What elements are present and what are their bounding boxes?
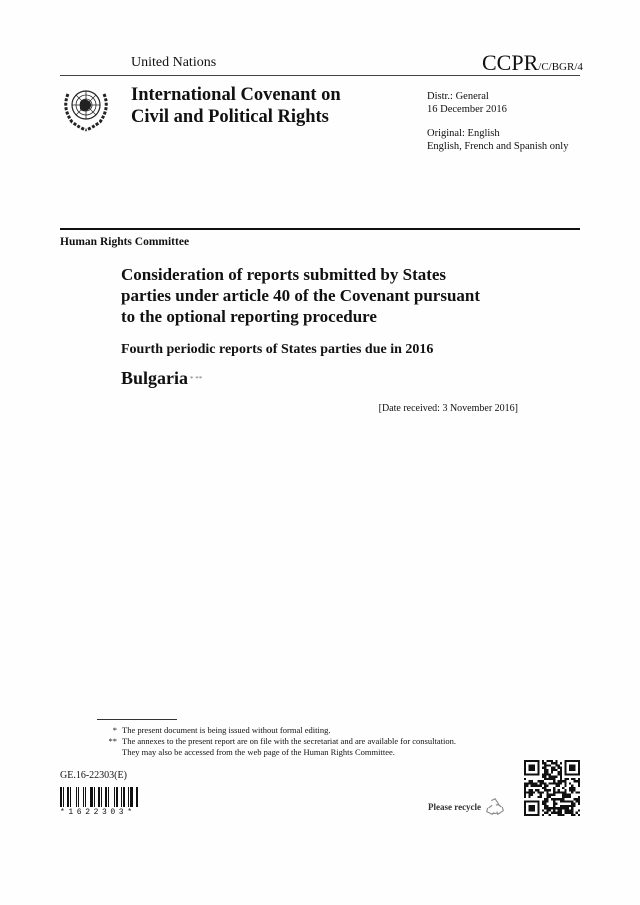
document-title: Consideration of reports submitted by St…	[121, 264, 541, 327]
footnote: They may also be accessed from the web p…	[95, 747, 525, 758]
committee-name: Human Rights Committee	[60, 236, 189, 248]
qr-code-icon[interactable]	[524, 760, 580, 816]
footnote-rule	[97, 719, 177, 720]
footnote: **The annexes to the present report are …	[95, 736, 525, 747]
recycle-notice: Please recycle	[428, 796, 506, 818]
document-subtitle: Fourth periodic reports of States partie…	[121, 342, 433, 358]
recycle-icon	[484, 796, 506, 818]
title-line1: Consideration of reports submitted by St…	[121, 264, 541, 285]
footnote-text: They may also be accessed from the web p…	[122, 747, 395, 758]
footnote-text: The present document is being issued wit…	[122, 725, 330, 736]
un-emblem-icon	[60, 80, 112, 132]
country-name: Bulgaria	[121, 368, 188, 388]
treaty-title: International Covenant on Civil and Poli…	[131, 84, 341, 128]
organization-name: United Nations	[131, 55, 216, 71]
languages: English, French and Spanish only	[427, 140, 568, 153]
footnote-text: The annexes to the present report are on…	[122, 736, 456, 747]
treaty-title-line1: International Covenant on	[131, 84, 341, 106]
footnotes: *The present document is being issued wi…	[95, 725, 525, 758]
country-heading: Bulgaria* **	[121, 368, 202, 389]
treaty-title-line2: Civil and Political Rights	[131, 106, 341, 128]
distribution-block: Distr.: General 16 December 2016 Origina…	[427, 90, 568, 153]
barcode-icon	[60, 787, 152, 807]
issue-date: 16 December 2016	[427, 103, 568, 116]
title-line2: parties under article 40 of the Covenant…	[121, 285, 541, 306]
header-rule	[60, 75, 580, 76]
section-rule	[60, 228, 580, 230]
symbol-suffix: /C/BGR/4	[538, 61, 583, 73]
barcode-text: *1622303*	[60, 808, 136, 817]
distribution: Distr.: General	[427, 90, 568, 103]
footnote-mark: *	[95, 725, 122, 736]
symbol-main: CCPR	[482, 50, 538, 75]
document-symbol: CCPR/C/BGR/4	[482, 50, 583, 76]
footnote: *The present document is being issued wi…	[95, 725, 525, 736]
job-number: GE.16-22303(E)	[60, 770, 127, 781]
recycle-label: Please recycle	[428, 802, 481, 812]
footnote-mark: **	[95, 736, 122, 747]
title-line3: to the optional reporting procedure	[121, 306, 541, 327]
footnote-marks[interactable]: * **	[190, 375, 202, 383]
date-received: [Date received: 3 November 2016]	[379, 403, 518, 414]
footnote-mark	[95, 747, 122, 758]
original-language: Original: English	[427, 127, 568, 140]
